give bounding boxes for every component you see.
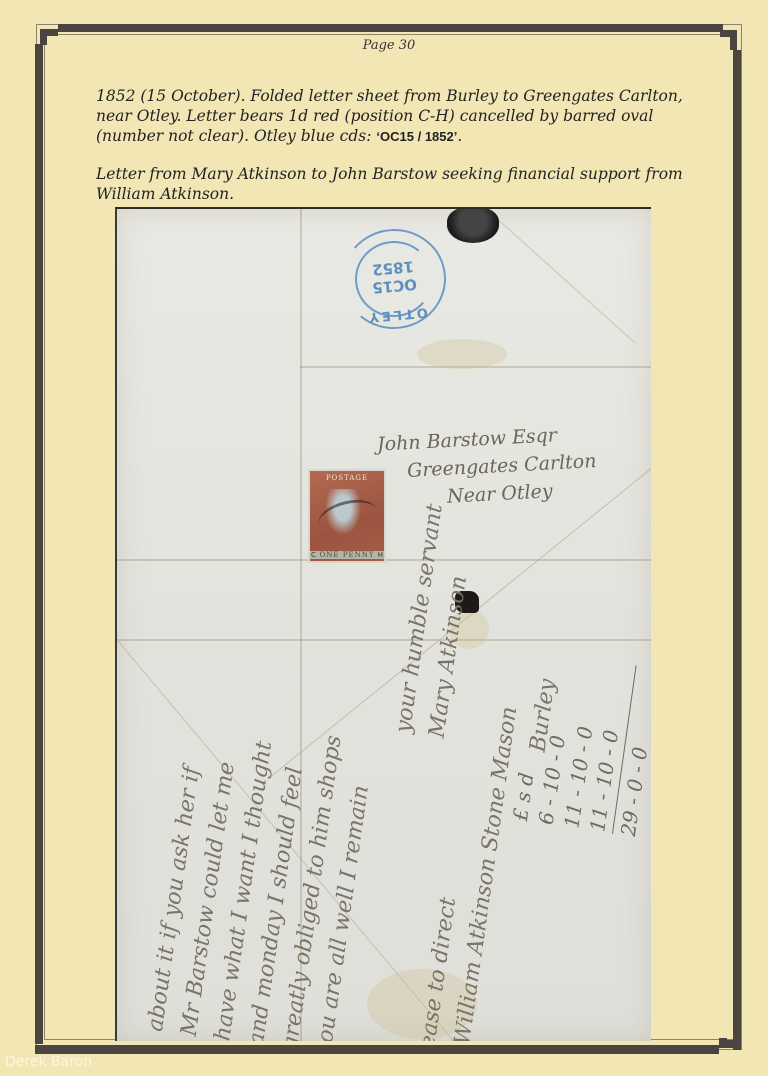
description-end: . [457,127,462,145]
stamp-top-label: POSTAGE [310,474,384,482]
pencil-figures: £ s d 6 - 10 - 0 11 - 10 - 0 11 - 10 - 0… [507,651,651,838]
postmark-citation: ‘OC15 / 1852’ [376,129,457,144]
diagonal-crease [486,209,635,344]
description-paragraph-2: Letter from Mary Atkinson to John Barsto… [96,164,696,204]
address-line-1: John Barstow Esqr [377,424,558,455]
address-line-3: Near Otley [446,480,553,507]
page-number: Page 30 [0,38,768,53]
frame-corner [719,1038,727,1048]
page-frame-top-bar [58,24,723,32]
page-frame-bottom-bar [35,1045,719,1054]
wax-seal-icon [447,207,499,243]
otley-postmark: OTLEY OC15 1852 [338,225,450,334]
description-paragraph-1: 1852 (15 October). Folded letter sheet f… [96,86,696,147]
page-frame-left-bar [35,44,43,1044]
paper-stain [417,339,507,369]
watermark-credit: Derek Baron [5,1054,92,1070]
folded-letter-sheet: OTLEY OC15 1852 POSTAGE ONE PENNY C H Jo… [115,207,651,1041]
address-line-2: Greengates Carlton [407,450,597,482]
frame-corner [727,1040,737,1048]
page-frame-right-bar [733,50,741,1050]
